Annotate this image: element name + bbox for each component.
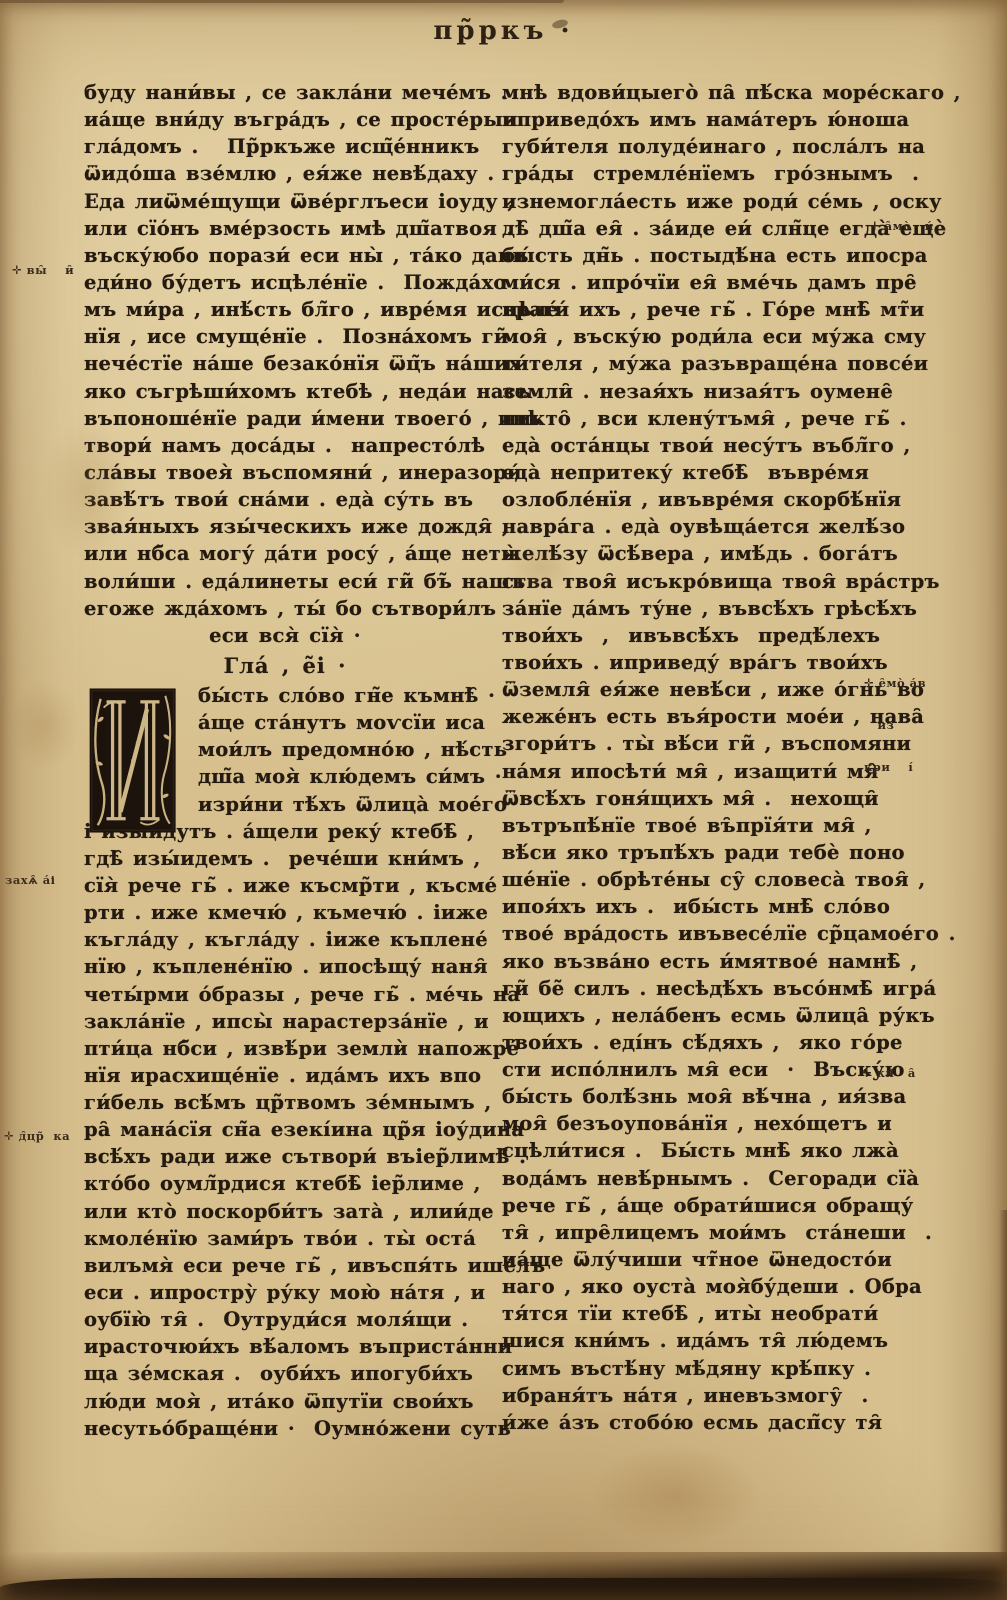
text-line: ща зе́мская . оуби́хъ ипогуби́хъ xyxy=(84,1360,486,1387)
margin-note-right-3: ✛ кн̃ а̑ xyxy=(862,1066,916,1080)
text-line: никто̑ , вси клену́тъмя̑ , рече гь̃ . xyxy=(502,405,904,432)
text-line: шися кни́мъ . ида́мъ тя̑ лю́демъ xyxy=(502,1327,904,1354)
right-column: мнѣ вдови́цыего̀ па̑ пѣ́ска море́скаго ,… xyxy=(502,79,904,1436)
text-line: кто́бо оумл̃рдися ктебѣ̑ іер̃лиме , xyxy=(84,1170,486,1197)
left-column-lines: буду нани́вы , се закла́ни мече́мъ .иа́щ… xyxy=(84,79,486,622)
text-line: въску́юбо порази́ еси ны̀ , та́ко дани xyxy=(84,242,486,269)
text-line: жеже́нъ есть въя́рости мое́и , нава̑ xyxy=(502,703,904,730)
text-line: згори́тъ . ты̀ вѣ́си ги̃ , въспомяни xyxy=(502,730,904,757)
text-line: ѿидо́ша взе́млю , ея́же невѣ́даху . xyxy=(84,160,486,187)
text-line: желѣ́зу ѿсѣ́вера , имѣ́дь . бога́тъ xyxy=(502,540,904,567)
text-line: на́мя ипосѣти́ мя̑ , изащити́ мя̑ xyxy=(502,758,904,785)
scan-edge-right xyxy=(999,1210,1007,1574)
text-line: воли́ши . еда́линеты еси́ ги̃ бъ̃ нашъ xyxy=(84,568,486,595)
text-line: еси . ипростру̀ ру́ку мою̀ на́тя , и xyxy=(84,1279,486,1306)
text-line: ства твоя̑ исъкро́вища твоя̑ вра́стръ xyxy=(502,568,904,595)
text-line: бы́сть болѣ́знь моя̑ вѣ́чна , ия́зва xyxy=(502,1083,904,1110)
text-line: моя̑ , въску́ю роди́ла еси му́жа сму xyxy=(502,323,904,350)
text-line: буду нани́вы , се закла́ни мече́мъ . xyxy=(84,79,486,106)
text-line: озлобле́нїя , ивъвре́мя скорбѣ́нїя xyxy=(502,486,904,513)
text-line: еда̀ непритеку́ ктебѣ̑ въвре́мя xyxy=(502,459,904,486)
margin-note-left-2: захѧ̑ а́і xyxy=(5,873,56,887)
text-line: тя́тся тїи ктебѣ̑ , иты̀ необрати́ xyxy=(502,1300,904,1327)
text-line: вѣ́си яко тръпѣ́хъ ради тебѐ поно xyxy=(502,839,904,866)
text-line: несутьо́браще́ни · Оумно́жени суть xyxy=(84,1415,486,1442)
text-line: ибраня́тъ на́тя , иневъзмогу̑ . xyxy=(502,1382,904,1409)
text-line: вътръпѣ́нїе твое́ въ̑прїя́ти мя̑ , xyxy=(502,812,904,839)
text-line: твои́хъ , ивъвсѣ́хъ предѣ́лехъ xyxy=(502,622,904,649)
text-line: дш̃а моя̀ клю́демъ си́мъ · xyxy=(198,763,486,790)
text-line: ти́теля , му́жа разъвраще́на повсе́и xyxy=(502,350,904,377)
text-line: мнѣ вдови́цыего̀ па̑ пѣ́ска море́скаго , xyxy=(502,79,904,106)
initial-letter-woodcut xyxy=(88,687,178,834)
book-page: пр̃ркъ · буду нани́вы , се закла́ни мече… xyxy=(0,0,1007,1600)
text-line: лю́ди моя̀ , ита́ко ѿпутїи свои́хъ xyxy=(84,1388,486,1415)
text-line: дѣ̑ дш̃а ея̑ . за́иде еи́ слн̃це егда̀ е… xyxy=(502,215,904,242)
text-line: пти́ца нб̃си , извѣ́ри землѝ напожре́ xyxy=(84,1035,486,1062)
text-line: наго , яко оуста̀ моя̀бу́деши . Обра xyxy=(502,1273,904,1300)
text-line: твои́хъ . иприведу́ вра́гъ твои́хъ xyxy=(502,649,904,676)
text-line: яко съгрѣши́хомъ ктебѣ , неда́и насъ xyxy=(84,378,486,405)
text-line: къгла́ду , къгла́ду . іиже къплене́ xyxy=(84,926,486,953)
scan-edge-bottom xyxy=(0,1578,1007,1600)
text-line: звая́ныхъ язы́ческихъ иже дождя̑ , xyxy=(84,513,486,540)
text-line: ги̃ бе̃ силъ . несѣдѣ́хъ въсо́нмѣ̑ игра́ xyxy=(502,975,904,1002)
text-line: сцѣли́тися . Бы́сть мнѣ̑ яко лжа̀ xyxy=(502,1137,904,1164)
text-line: всѣ́хъ ради иже сътвори́ въіер̃лимѣ̑ . xyxy=(84,1143,486,1170)
text-line: мъ ми́ра , инѣ́сть бл̃го , ивре́мя исцѣл… xyxy=(84,296,486,323)
chapter-paragraph: бы́сть сло́во гн̃е къмнѣ̑ ·а́ще ста́нутъ… xyxy=(84,682,486,1442)
right-column-lines: мнѣ вдови́цыего̀ па̑ пѣ́ска море́скаго ,… xyxy=(502,79,904,1436)
text-line: иа́ще ѿлу́чиши чт̃ное ѿнедосто́и xyxy=(502,1246,904,1273)
text-line: гла́домъ . Пр̃ркъже исщ̃е́нникъ xyxy=(84,133,486,160)
margin-note-left-1: ✛ вы̑ и̑ xyxy=(12,263,74,277)
margin-note-left-3: ✛ д̑цр̃ ка xyxy=(4,1129,70,1143)
text-line: ми́ся . ипро́чїи ея̑ вме́чь дамъ пре̑ xyxy=(502,269,904,296)
paper-stain xyxy=(590,1445,760,1545)
text-line: или нб̃са могу́ да́ти росу́ , а́ще неты̀ xyxy=(84,540,486,567)
text-line: навра́га . еда̀ оувѣща́ется желѣ́зо xyxy=(502,513,904,540)
text-line: егоже жда́хомъ , ты́ бо сътвори́лъ xyxy=(84,595,486,622)
chapter-heading: Гла́ , е̃і · xyxy=(84,649,486,682)
text-line: вилъмя̀ еси рече гь̃ , ивъспя́ть ише́лъ xyxy=(84,1252,486,1279)
text-line: ющихъ , нела́бенъ есмь ѿлица̑ ру́къ xyxy=(502,1002,904,1029)
text-line: сла́вы твоея̀ въспомяни́ , инеразори́ xyxy=(84,459,486,486)
text-line: нече́стїе на́ше безако́нїя ѿц̃ъ на́ших xyxy=(84,350,486,377)
text-line: иа́ще вни́ду въгра́дъ , се просте́рыи xyxy=(84,106,486,133)
text-line: гра́ды стремле́нїемъ гро́знымъ . xyxy=(502,160,904,187)
text-line: ѿземля̑ ея́же невѣ́си , иже о́гнь во xyxy=(502,676,904,703)
text-line: ги́бель всѣ́мъ цр̃твомъ зе́мнымъ , xyxy=(84,1089,486,1116)
text-line: за́нїе да́мъ ту́не , въвсѣ́хъ грѣсѣ́хъ xyxy=(502,595,904,622)
margin-note-line: ✛ е̑мо̀ а́в xyxy=(864,676,926,690)
text-line: изри́ни тѣ́хъ ѿлица̀ мое́го xyxy=(198,791,486,818)
text-line: ирасточюи́хъ вѣ́аломъ въприста́нни xyxy=(84,1333,486,1360)
text-line: бы́сть дн̃ь . постыдѣ́на есть ипосра xyxy=(502,242,904,269)
text-line: рти . иже кмечю́ , къмечю́ . іиже xyxy=(84,899,486,926)
text-line: изнемогла́есть иже роди́ се́мь , оску xyxy=(502,188,904,215)
text-line: а́ще ста́нутъ моѵсїи иса xyxy=(198,709,486,736)
text-line: еда̀ оста́нцы твои́ несу́тъ въбл̃го , xyxy=(502,432,904,459)
text-line: сїя̀ рече гь̃ . иже късмр̃ти , късме́ xyxy=(84,872,486,899)
initial-letter-art xyxy=(88,687,178,834)
text-line: кмоле́нїю зами́ръ тво́и . ты̀ оста́ xyxy=(84,1225,486,1252)
text-line: враги́ ихъ , рече гь̃ . Го́ре мнѣ̑ мт̃и xyxy=(502,296,904,323)
closing-line: еси вся̀ сїя̀ · xyxy=(84,622,486,649)
text-line: ипоя́хъ ихъ . ибы́сть мнѣ̑ сло́во xyxy=(502,893,904,920)
text-line: гдѣ̑ изы́идемъ . рече́ши кни́мъ , xyxy=(84,845,486,872)
text-line: ше́нїе . обрѣте́ны су̑ словеса̀ твоя̑ , xyxy=(502,866,904,893)
text-line: яко възва́но есть и́мятвое́ намнѣ̑ , xyxy=(502,948,904,975)
text-line: нїя , исе смуще́нїе . Позна́хомъ ги̃ xyxy=(84,323,486,350)
text-line: твои́хъ . еді́нъ сѣ́дяхъ , яко го́ре xyxy=(502,1029,904,1056)
text-line: и́же а́зъ стобо́ю есмь дасп̃су тя̑ xyxy=(502,1409,904,1436)
margin-note-right-2: ✛ е̑мо̀ а́в из кри і́ xyxy=(864,648,926,802)
text-line: четы́рми о́бразы , рече гь̃ . ме́чь на xyxy=(84,981,486,1008)
text-line: сти испо́лнилъ мя̑ еси · Въску́ю xyxy=(502,1056,904,1083)
text-line: нїю , къплене́нїю . ипосѣщу́ наня̑ xyxy=(84,953,486,980)
margin-note-line: кри і́ xyxy=(864,760,926,774)
text-line: симъ въстѣ́ну мѣ́дяну крѣ́пку . xyxy=(502,1355,904,1382)
text-line: твори́ намъ доса́ды . напресто́лѣ xyxy=(84,432,486,459)
running-title: пр̃ркъ · xyxy=(0,16,1007,46)
text-line: нїя ирасхище́нїе . ида́мъ ихъ впо xyxy=(84,1062,486,1089)
text-line: ѿвсѣ́хъ гоня́щихъ мя̑ . нехощи̑ xyxy=(502,785,904,812)
text-line: оубїю̀ тя̑ . Оутруди́ся моля́щи . xyxy=(84,1306,486,1333)
margin-note-right-1: ✛ а̑мо̀ и́ xyxy=(870,219,934,233)
text-line: ра̑ мана́сїя сн̃а езекі́ина цр̃я іоу́дин… xyxy=(84,1116,486,1143)
text-line: моя̑ безъоупова́нїя , нехо́щетъ и xyxy=(502,1110,904,1137)
paper-stain xyxy=(10,680,80,770)
text-line: или кто̀ поскорби́тъ зата̀ , илии́де xyxy=(84,1198,486,1225)
text-line: твое́ вра́дость ивъвесе́лїе ср̃цамое́го … xyxy=(502,920,904,947)
text-line: въпоноше́нїе ради и́мени твоего́ , инѣ xyxy=(84,405,486,432)
scan-edge-top xyxy=(0,0,564,3)
text-line: еди́но бу́детъ исцѣле́нїе . Пожда́хо xyxy=(84,269,486,296)
text-line: или сїо́нъ вме́рзость имѣ дш̃атвоя . xyxy=(84,215,486,242)
left-column: буду нани́вы , се закла́ни мече́мъ .иа́щ… xyxy=(84,79,486,1442)
text-line: тя̑ , ипре̑лицемъ мои́мъ ста́неши . xyxy=(502,1219,904,1246)
text-line: губи́теля полуде́инаго , посла́лъ на xyxy=(502,133,904,160)
text-line: мои́лъ предомно́ю , нѣ́сть xyxy=(198,736,486,763)
text-line: иприведо́хъ имъ нама́теръ ю́ноша xyxy=(502,106,904,133)
text-line: рече гь̃ , а́ще обрати́шися обращу́ xyxy=(502,1192,904,1219)
text-line: Еда лиѿме́щущи ѿве́рглъеси іоуду , xyxy=(84,188,486,215)
text-line: вода́мъ невѣ́рнымъ . Сегоради сїа̀ xyxy=(502,1165,904,1192)
text-line: земли̑ . незая́хъ низая́тъ оумене̑ xyxy=(502,378,904,405)
text-line: завѣ́тъ твои́ сна́ми . еда̀ су́ть въ xyxy=(84,486,486,513)
text-line: бы́сть сло́во гн̃е къмнѣ̑ · xyxy=(198,682,486,709)
margin-note-line: из xyxy=(864,718,926,732)
text-line: закла́нїе , ипсы̀ нарастерза́нїе , и xyxy=(84,1008,486,1035)
